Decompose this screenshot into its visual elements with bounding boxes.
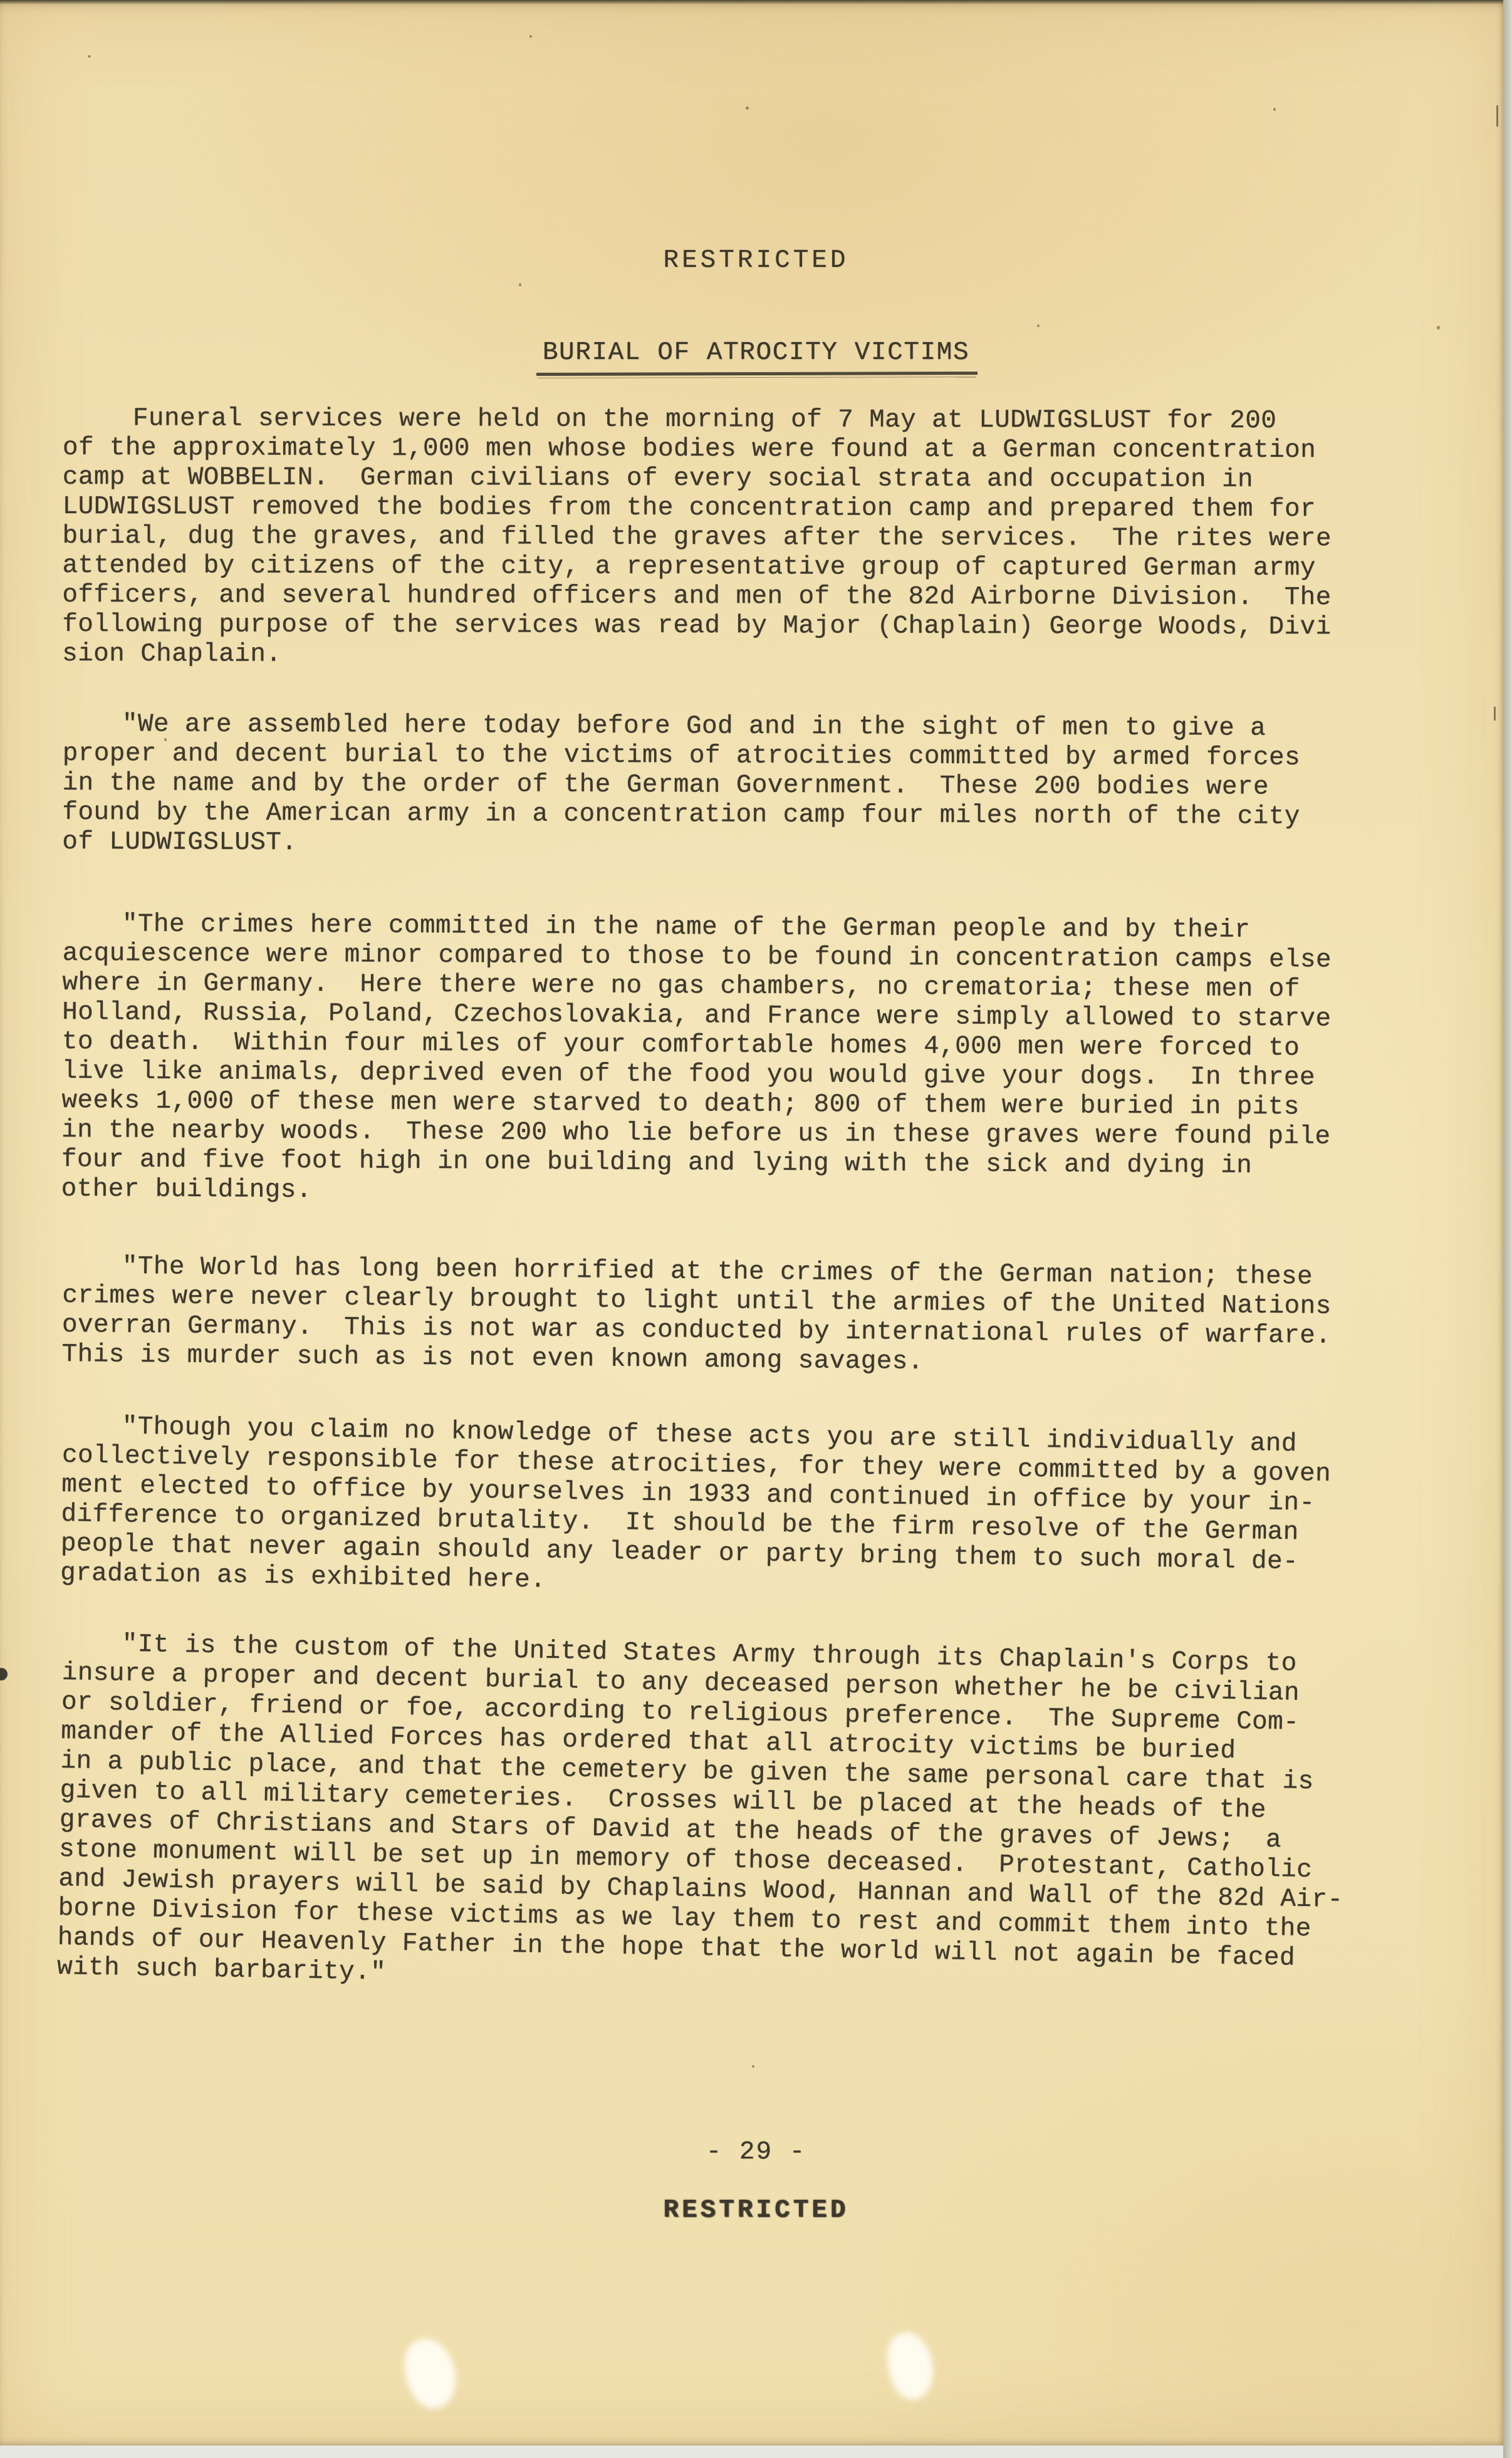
paper-speck: [88, 55, 91, 58]
paper-speck: [752, 2065, 754, 2068]
paragraph-crimes-committed: "The crimes here committed in the name o…: [61, 910, 1416, 1211]
paper-speck: [746, 107, 749, 110]
paper-speck: [75, 1911, 77, 1914]
paragraph-funeral-services: Funeral services were held on the mornin…: [62, 404, 1416, 672]
paragraph-army-custom: "It is the custom of the United States A…: [57, 1629, 1416, 2005]
classification-footer: RESTRICTED: [0, 2196, 1512, 2226]
paragraph-collective-responsibility: "Though you claim no knowledge of these …: [60, 1412, 1416, 1608]
document-page: RESTRICTED BURIAL OF ATROCITY VICTIMS Fu…: [0, 0, 1503, 2445]
paper-speck: [1437, 326, 1440, 330]
scan-edge-dot: [0, 1668, 8, 1680]
paper-speck: [1037, 325, 1040, 327]
paper-speck: [164, 738, 167, 741]
page-number: - 29 -: [0, 2138, 1512, 2167]
scanner-background-right: [1503, 0, 1512, 2458]
title-underline: [536, 372, 978, 376]
page-title: BURIAL OF ATROCITY VICTIMS: [0, 338, 1512, 368]
paper-speck: [519, 283, 521, 286]
scanner-background-bottom: [0, 2445, 1503, 2458]
classification-header: RESTRICTED: [0, 246, 1512, 276]
scan-light-blob: [399, 2333, 463, 2414]
paragraph-world-horrified: "The World has long been horrified at th…: [61, 1252, 1416, 1382]
paragraph-assembled-before-god: "We are assembled here today before God …: [62, 710, 1416, 862]
scan-hair-mark: [1494, 707, 1496, 721]
scan-hair-mark: [1496, 105, 1498, 127]
paper-speck: [1273, 108, 1276, 111]
scan-light-blob: [883, 2329, 938, 2403]
paper-speck: [529, 35, 532, 38]
